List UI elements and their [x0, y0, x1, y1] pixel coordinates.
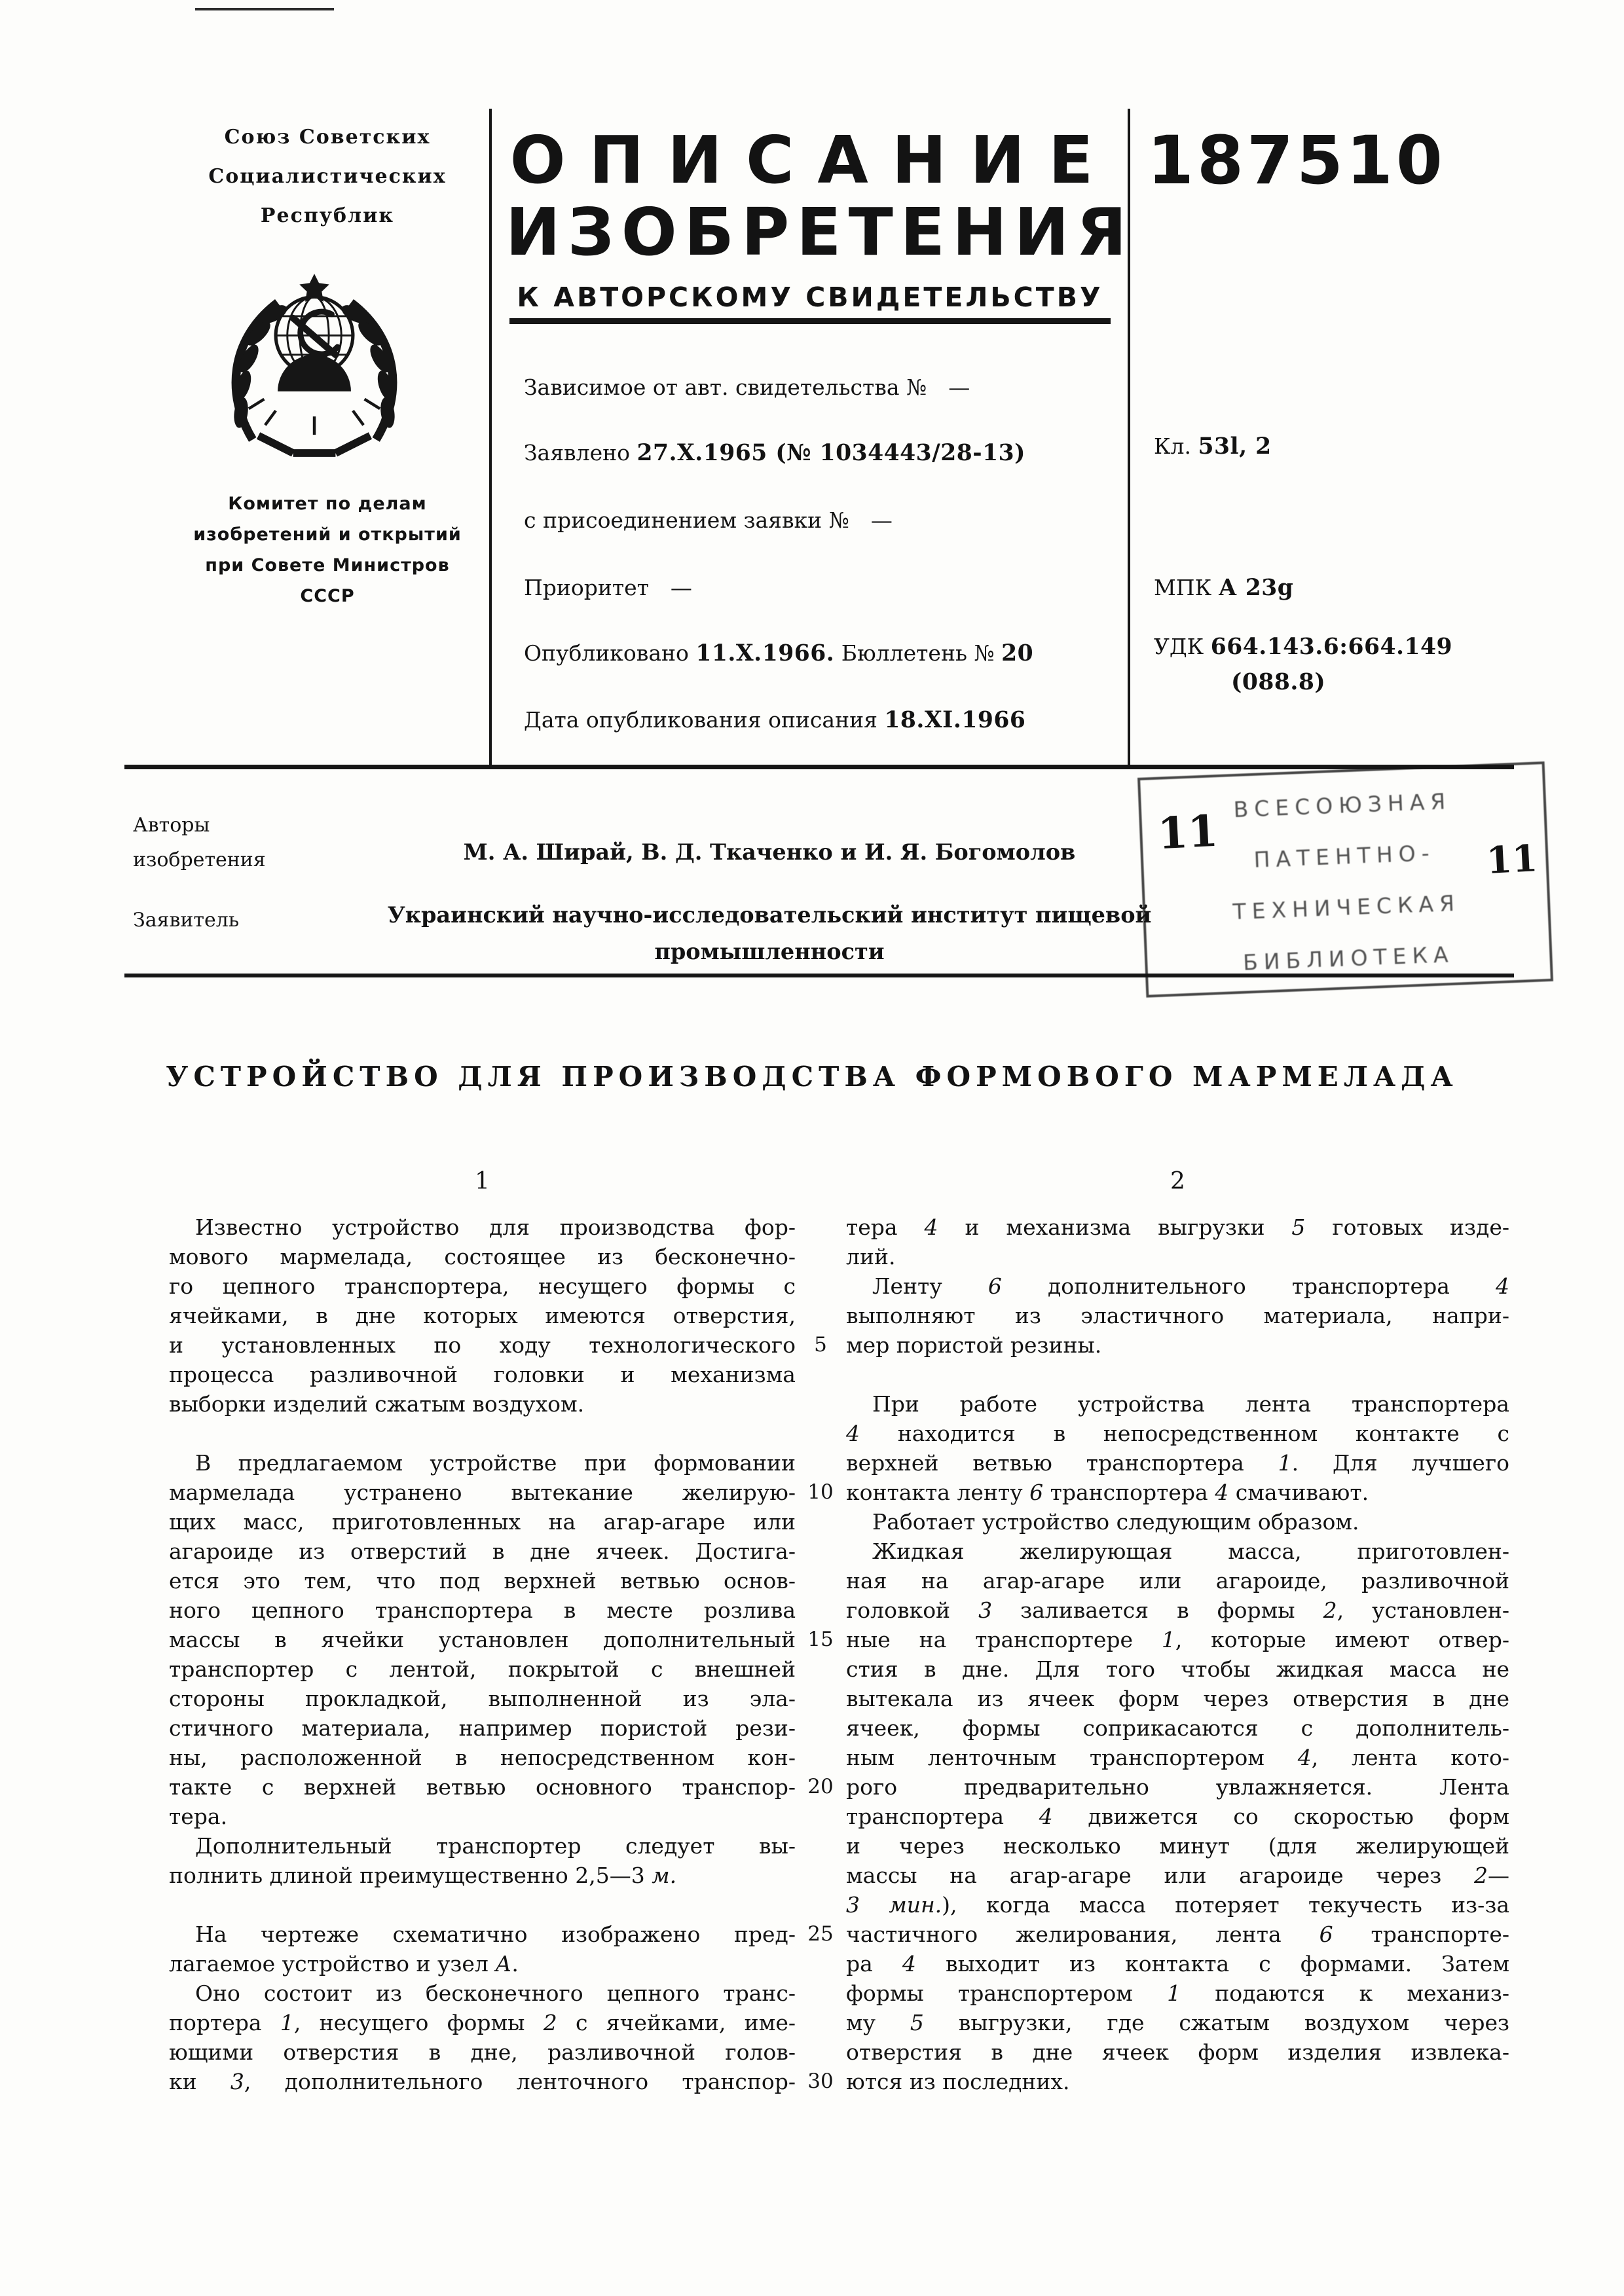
text-line: и через несколько минут (для желирующей [846, 1831, 1509, 1861]
text-line: массы в ячейки установлен дополнительный [169, 1625, 796, 1654]
line-number: 10 [794, 1478, 847, 1507]
text-line: На чертеже схематично изображено пред- [169, 1920, 796, 1949]
field-priority: Приоритет — [524, 575, 692, 600]
text-line: лагаемое устройство и узел А. [169, 1949, 796, 1978]
text-line: отверстия в дне ячеек форм изделия извле… [846, 2037, 1509, 2067]
handwritten-mark: 11 [1485, 837, 1538, 883]
text-line: го цепного транспортера, несущего формы … [169, 1271, 796, 1301]
text-line: мового мармелада, состоящее из бесконечн… [169, 1242, 796, 1271]
field-description-publication-date: Дата опубликования описания 18.XI.1966 [524, 707, 1025, 733]
union-name-block: Союз Советских Социалистических Республи… [157, 118, 498, 236]
header-divider-left [489, 109, 492, 766]
text-line: ки 3, дополнительного ленточного транспо… [169, 2067, 796, 2096]
ussr-emblem-icon [208, 270, 420, 463]
text-line: ным ленточным транспортером 4, лента кот… [846, 1743, 1509, 1772]
column-number-header: 1 [169, 1168, 796, 1195]
section-rule-top [124, 765, 1514, 769]
committee-block: Комитет по делам изобретений и открытий … [157, 488, 498, 611]
text-line: вытекала из ячеек форм через отверстия в… [846, 1684, 1509, 1713]
union-name-line: Социалистических [157, 157, 498, 196]
text-line: тера 4 и механизма выгрузки 5 готовых из… [846, 1212, 1509, 1242]
field-published: Опубликовано 11.X.1966. Бюллетень № 20 [524, 640, 1033, 666]
text-line: Оно состоит из бесконечного цепного тран… [169, 1978, 796, 2008]
patent-document-page: Союз Советских Социалистических Республи… [0, 0, 1624, 2296]
text-line: массы на агар-агаре или агароиде через 2… [846, 1861, 1509, 1890]
text-line: ющими отверстия в дне, разливочной голов… [169, 2037, 796, 2067]
subtitle-rule [509, 318, 1111, 324]
text-line: мер пористой резины. [846, 1330, 1509, 1360]
handwritten-mark: 11 [1156, 805, 1219, 860]
document-subtitle: К АВТОРСКОМУ СВИДЕТЕЛЬСТВУ [506, 282, 1115, 313]
text-line: 4 находится в непосредственном контакте … [846, 1419, 1509, 1448]
field-udc-code: УДК 664.143.6:664.149 [1154, 634, 1452, 660]
text-line: мармелада устранено вытекание желирую- [169, 1478, 796, 1507]
body-column-right: тера 4 и механизма выгрузки 5 готовых из… [846, 1212, 1509, 2096]
field-national-class: Кл. 53l, 2 [1154, 433, 1272, 460]
text-line: ется это тем, что под верхней ветвью осн… [169, 1566, 796, 1595]
committee-line: изобретений и открытий [157, 519, 498, 550]
text-line: верхней ветвью транспортера 1. Для лучше… [846, 1448, 1509, 1478]
text-line: процесса разливочной головки и механизма [169, 1360, 796, 1389]
committee-line: Комитет по делам [157, 488, 498, 519]
text-line: частичного желирования, лента 6 транспор… [846, 1920, 1509, 1949]
text-line: щих масс, приготовленных на агар-агаре и… [169, 1507, 796, 1537]
text-line: тера. [169, 1802, 796, 1831]
applicant-name: промышленности [321, 939, 1218, 964]
text-line: Жидкая желирующая масса, приготовлен- [846, 1537, 1509, 1566]
text-line: головкой 3 заливается в формы 2, установ… [846, 1595, 1509, 1625]
text-line: контакта ленту 6 транспортера 4 смачиваю… [846, 1478, 1509, 1507]
column-number-header: 2 [846, 1168, 1509, 1195]
union-name-line: Союз Советских [157, 118, 498, 157]
text-line [169, 1419, 796, 1448]
authors-label: Авторы [133, 814, 210, 837]
document-type-title: ИЗОБРЕТЕНИЯ [506, 194, 1121, 270]
text-line: выборки изделий сжатым воздухом. [169, 1389, 796, 1419]
line-number: 20 [794, 1772, 847, 1802]
text-line: стороны прокладкой, выполненной из эла- [169, 1684, 796, 1713]
scan-artifact-line [195, 8, 334, 10]
line-number: 15 [794, 1625, 847, 1654]
field-joined-application: с присоединением заявки № — [524, 507, 893, 533]
document-type-title: ОПИСАНИЕ [506, 122, 1121, 198]
text-line: агароиде из отверстий в дне ячеек. Дости… [169, 1537, 796, 1566]
text-line: В предлагаемом устройстве при формовании [169, 1448, 796, 1478]
text-line: 3 мин.), когда масса потеряет текучесть … [846, 1890, 1509, 1920]
applicant-name: Украинский научно-исследовательский инст… [321, 902, 1218, 928]
field-udc-code-continuation: (088.8) [1231, 669, 1325, 695]
field-ipc-class: МПК А 23g [1154, 575, 1293, 601]
text-line: ного цепного транспортера в месте розлив… [169, 1595, 796, 1625]
text-line: ная на агар-агаре или агароиде, разливоч… [846, 1566, 1509, 1595]
text-line: формы транспортером 1 подаются к механиз… [846, 1978, 1509, 2008]
text-line: полнить длиной преимущественно 2,5—3 м. [169, 1861, 796, 1890]
text-line: такте с верхней ветвью основного транспо… [169, 1772, 796, 1802]
patent-number: 187510 [1147, 122, 1446, 200]
text-line: лий. [846, 1242, 1509, 1271]
line-number: 5 [794, 1330, 847, 1360]
text-line: Работает устройство следующим образом. [846, 1507, 1509, 1537]
committee-line: при Совете Министров [157, 550, 498, 581]
text-line: стичного материала, например пористой ре… [169, 1713, 796, 1743]
text-line: рого предварительно увлажняется. Лента [846, 1772, 1509, 1802]
field-dependent-certificate: Зависимое от авт. свидетельства № — [524, 374, 970, 400]
invention-title: УСТРОЙСТВО ДЛЯ ПРОИЗВОДСТВА ФОРМОВОГО МА… [98, 1061, 1526, 1093]
body-column-left: Известно устройство для производства фор… [169, 1212, 796, 2096]
applicant-label: Заявитель [133, 909, 239, 932]
field-filing-date: Заявлено 27.X.1965 (№ 1034443/28-13) [524, 440, 1025, 466]
text-line: му 5 выгрузки, где сжатым воздухом через [846, 2008, 1509, 2037]
text-line: Известно устройство для производства фор… [169, 1212, 796, 1242]
text-line: выполняют из эластичного материала, напр… [846, 1301, 1509, 1330]
text-line: портера 1, несущего формы 2 с ячейками, … [169, 2008, 796, 2037]
text-line: ются из последних. [846, 2067, 1509, 2096]
text-line: Дополнительный транспортер следует вы- [169, 1831, 796, 1861]
text-line: транспортера 4 движется со скоростью фор… [846, 1802, 1509, 1831]
authors-label: изобретения [133, 848, 266, 871]
text-line: транспортер с лентой, покрытой с внешней [169, 1654, 796, 1684]
text-line: При работе устройства лента транспортера [846, 1389, 1509, 1419]
text-line: ра 4 выходит из контакта с формами. Зате… [846, 1949, 1509, 1978]
text-line: ны, расположенной в непосредственном кон… [169, 1743, 796, 1772]
text-line [169, 1890, 796, 1920]
line-number: 30 [794, 2067, 847, 2096]
committee-line: СССР [157, 581, 498, 611]
line-number: 25 [794, 1920, 847, 1949]
union-name-line: Республик [157, 196, 498, 236]
text-line: ячейками, в дне которых имеются отверсти… [169, 1301, 796, 1330]
text-line: стия в дне. Для того чтобы жидкая масса … [846, 1654, 1509, 1684]
authors-names: М. А. Ширай, В. Д. Ткаченко и И. Я. Бого… [321, 839, 1218, 865]
text-line [846, 1360, 1509, 1389]
text-line: и установленных по ходу технологического [169, 1330, 796, 1360]
text-line: Ленту 6 дополнительного транспортера 4 [846, 1271, 1509, 1301]
text-line: ячеек, формы соприкасаются с дополнитель… [846, 1713, 1509, 1743]
text-line: ные на транспортере 1, которые имеют отв… [846, 1625, 1509, 1654]
